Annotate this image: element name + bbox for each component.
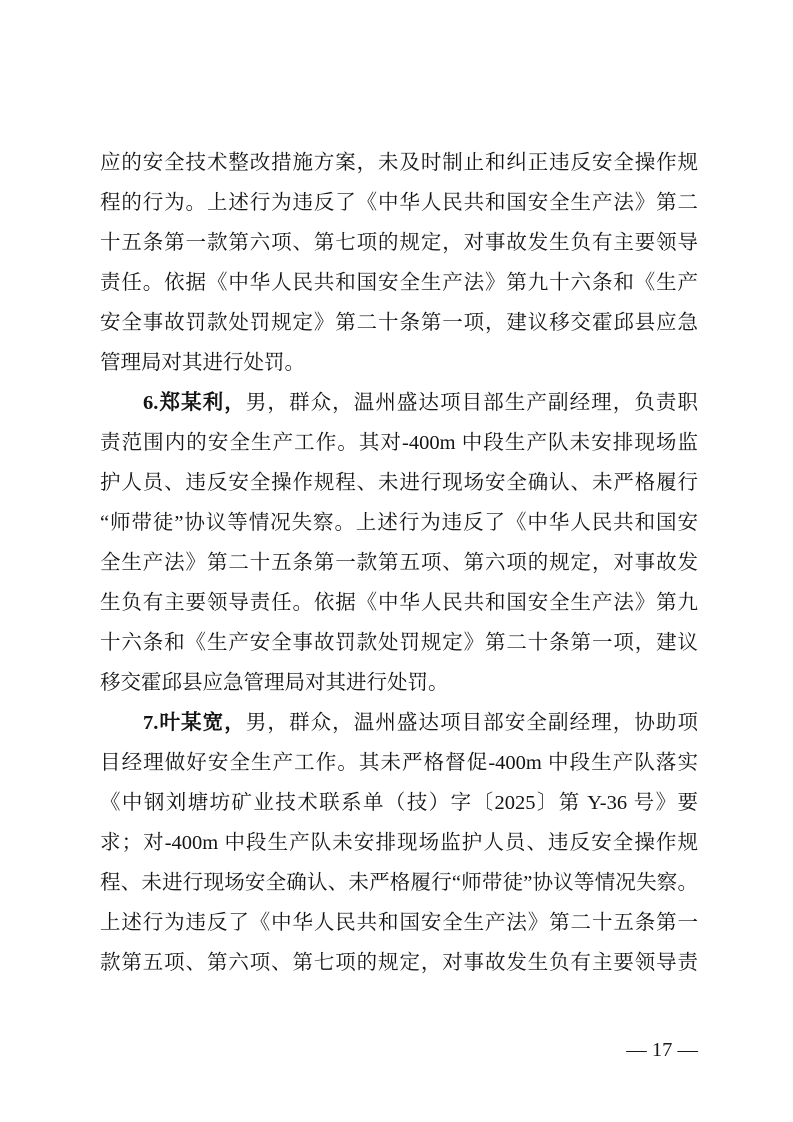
document-page: 应的安全技术整改措施方案，未及时制止和纠正违反安全操作规程的行为。上述行为违反了… xyxy=(0,0,793,1122)
text-line: 全生产法》第二十五条第一款第五项、第六项的规定，对事故发 xyxy=(100,543,698,583)
text-line: 7.叶某宽，男，群众，温州盛达项目部安全副经理，协助项 xyxy=(100,703,698,743)
text-segment: 管理局对其进行处罚。 xyxy=(100,352,305,374)
text-line: 款第五项、第六项、第七项的规定，对事故发生负有主要领导责 xyxy=(100,943,698,983)
text-segment: “师带徒”协议等情况失察。上述行为违反了《中华人民共和国安 xyxy=(100,512,698,534)
text-segment: 男，群众，温州盛达项目部安全副经理，协助项 xyxy=(246,712,698,734)
text-line: 程、未进行现场安全确认、未严格履行“师带徒”协议等情况失察。 xyxy=(100,863,698,903)
text-line: 6.郑某利，男，群众，温州盛达项目部生产副经理，负责职 xyxy=(100,383,698,423)
text-segment: 生负有主要领导责任。依据《中华人民共和国安全生产法》第九 xyxy=(100,592,698,614)
text-line: 目经理做好安全生产工作。其未严格督促-400m 中段生产队落实 xyxy=(100,743,698,783)
text-segment: 求；对-400m 中段生产队未安排现场监护人员、违反安全操作规 xyxy=(100,832,698,854)
text-line: “师带徒”协议等情况失察。上述行为违反了《中华人民共和国安 xyxy=(100,503,698,543)
text-segment: 程、未进行现场安全确认、未严格履行“师带徒”协议等情况失察。 xyxy=(100,872,698,894)
text-line: 责任。依据《中华人民共和国安全生产法》第九十六条和《生产 xyxy=(100,263,698,303)
text-segment: 责范围内的安全生产工作。其对-400m 中段生产队未安排现场监 xyxy=(100,432,698,454)
text-line: 程的行为。上述行为违反了《中华人民共和国安全生产法》第二 xyxy=(100,183,698,223)
text-line: 生负有主要领导责任。依据《中华人民共和国安全生产法》第九 xyxy=(100,583,698,623)
page-number: — 17 — xyxy=(100,1035,698,1065)
text-segment: 责任。依据《中华人民共和国安全生产法》第九十六条和《生产 xyxy=(100,272,698,294)
text-line: 移交霍邱县应急管理局对其进行处罚。 xyxy=(100,663,698,703)
text-segment: 程的行为。上述行为违反了《中华人民共和国安全生产法》第二 xyxy=(100,192,698,214)
text-line: 上述行为违反了《中华人民共和国安全生产法》第二十五条第一 xyxy=(100,903,698,943)
text-segment: 十六条和《生产安全事故罚款处罚规定》第二十条第一项，建议 xyxy=(100,632,698,654)
document-body: 应的安全技术整改措施方案，未及时制止和纠正违反安全操作规程的行为。上述行为违反了… xyxy=(100,143,698,983)
text-line: 十五条第一款第六项、第七项的规定，对事故发生负有主要领导 xyxy=(100,223,698,263)
text-segment: 全生产法》第二十五条第一款第五项、第六项的规定，对事故发 xyxy=(100,552,698,574)
text-segment: 款第五项、第六项、第七项的规定，对事故发生负有主要领导责 xyxy=(100,952,698,974)
text-segment: 安全事故罚款处罚规定》第二十条第一项，建议移交霍邱县应急 xyxy=(100,312,698,334)
text-line: 《中钢刘塘坊矿业技术联系单（技）字〔2025〕第 Y-36 号》要 xyxy=(100,783,698,823)
text-line: 管理局对其进行处罚。 xyxy=(100,343,698,383)
text-line: 十六条和《生产安全事故罚款处罚规定》第二十条第一项，建议 xyxy=(100,623,698,663)
item-5-continuation: 应的安全技术整改措施方案，未及时制止和纠正违反安全操作规程的行为。上述行为违反了… xyxy=(100,143,698,383)
item-7-ye-mou-kuan: 7.叶某宽，男，群众，温州盛达项目部安全副经理，协助项目经理做好安全生产工作。其… xyxy=(100,703,698,983)
text-line: 安全事故罚款处罚规定》第二十条第一项，建议移交霍邱县应急 xyxy=(100,303,698,343)
item-6-zheng-mou-li: 6.郑某利，男，群众，温州盛达项目部生产副经理，负责职责范围内的安全生产工作。其… xyxy=(100,383,698,703)
text-segment: 上述行为违反了《中华人民共和国安全生产法》第二十五条第一 xyxy=(100,912,698,934)
text-line: 责范围内的安全生产工作。其对-400m 中段生产队未安排现场监 xyxy=(100,423,698,463)
text-segment: 《中钢刘塘坊矿业技术联系单（技）字〔2025〕第 Y-36 号》要 xyxy=(100,792,698,814)
text-segment: 十五条第一款第六项、第七项的规定，对事故发生负有主要领导 xyxy=(100,232,698,254)
text-segment: 男，群众，温州盛达项目部生产副经理，负责职 xyxy=(246,392,698,414)
person-name-bold: 7.叶某宽， xyxy=(143,712,246,734)
text-line: 护人员、违反安全操作规程、未进行现场安全确认、未严格履行 xyxy=(100,463,698,503)
person-name-bold: 6.郑某利， xyxy=(143,392,246,414)
text-segment: 应的安全技术整改措施方案，未及时制止和纠正违反安全操作规 xyxy=(100,152,698,174)
text-segment: 目经理做好安全生产工作。其未严格督促-400m 中段生产队落实 xyxy=(100,752,698,774)
text-segment: 移交霍邱县应急管理局对其进行处罚。 xyxy=(100,672,449,694)
text-line: 求；对-400m 中段生产队未安排现场监护人员、违反安全操作规 xyxy=(100,823,698,863)
text-line: 应的安全技术整改措施方案，未及时制止和纠正违反安全操作规 xyxy=(100,143,698,183)
text-segment: 护人员、违反安全操作规程、未进行现场安全确认、未严格履行 xyxy=(100,472,698,494)
